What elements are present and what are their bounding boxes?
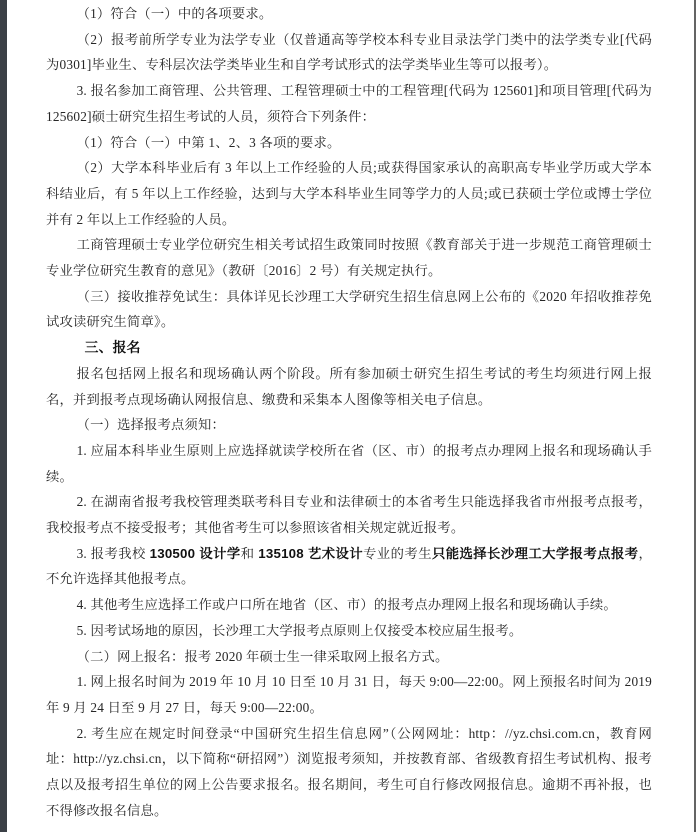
text-run-bold: 130500 设计学	[150, 546, 241, 561]
paragraph-site-rule-3: 3. 报考我校 130500 设计学和 135108 艺术设计专业的考生只能选择…	[46, 541, 652, 592]
paragraph-site-notice-title: （一）选择报考点须知：	[46, 412, 652, 438]
paragraph-online-reg-time: 1. 网上报名时间为 2019 年 10 月 10 日至 10 月 31 日，每…	[46, 669, 652, 720]
window-left-border	[0, 0, 7, 832]
text-run: 3. 报考我校	[77, 546, 150, 561]
document-content: （1）符合（一）中的各项要求。 （2）报考前所学专业为法学专业（仅普通高等学校本…	[46, 1, 652, 824]
paragraph-online-reg-website: 2. 考生应在规定时间登录“中国研究生招生信息网”（公网网址：http：//yz…	[46, 721, 652, 824]
page-right-border	[694, 0, 696, 832]
paragraph-condition-2: （2）大学本科毕业后有 3 年以上工作经验的人员;或获得国家承认的高职高专毕业学…	[46, 155, 652, 232]
section-heading-baoming: 三、报名	[46, 335, 652, 361]
paragraph-tuijian-mianshi: （三）接收推荐免试生：具体详见长沙理工大学研究生招生信息网上公布的《2020 年…	[46, 284, 652, 335]
text-run: 和	[241, 546, 259, 561]
paragraph-item-2: （2）报考前所学专业为法学专业（仅普通高等学校本科专业目录法学门类中的法学类专业…	[46, 27, 652, 78]
paragraph-site-rule-2: 2. 在湖南省报考我校管理类联考科目专业和法律硕士的本省考生只能选择我省市州报考…	[46, 489, 652, 540]
paragraph-site-rule-5: 5. 因考试场地的原因，长沙理工大学报考点原则上仅接受本校应届生报考。	[46, 618, 652, 644]
paragraph-online-reg-title: （二）网上报名：报考 2020 年硕士生一律采取网上报名方式。	[46, 644, 652, 670]
text-run-bold: 135108 艺术设计	[258, 546, 363, 561]
text-run-bold: 只能选择长沙理工大学报考点报考	[432, 546, 639, 561]
text-run: 专业的考生	[363, 546, 432, 561]
paragraph-condition-1: （1）符合（一）中第 1、2、3 各项的要求。	[46, 130, 652, 156]
paragraph-item-3: 3. 报名参加工商管理、公共管理、工程管理硕士中的工程管理[代码为 125601…	[46, 78, 652, 129]
paragraph-baoming-intro: 报名包括网上报名和现场确认两个阶段。所有参加硕士研究生招生考试的考生均须进行网上…	[46, 361, 652, 412]
paragraph-site-rule-1: 1. 应届本科毕业生原则上应选择就读学校所在省（区、市）的报考点办理网上报名和现…	[46, 438, 652, 489]
document-page: （1）符合（一）中的各项要求。 （2）报考前所学专业为法学专业（仅普通高等学校本…	[0, 0, 700, 832]
paragraph-item-1: （1）符合（一）中的各项要求。	[46, 1, 652, 27]
paragraph-mba-policy: 工商管理硕士专业学位研究生相关考试招生政策同时按照《教育部关于进一步规范工商管理…	[46, 232, 652, 283]
paragraph-site-rule-4: 4. 其他考生应选择工作或户口所在地省（区、市）的报考点办理网上报名和现场确认手…	[46, 592, 652, 618]
